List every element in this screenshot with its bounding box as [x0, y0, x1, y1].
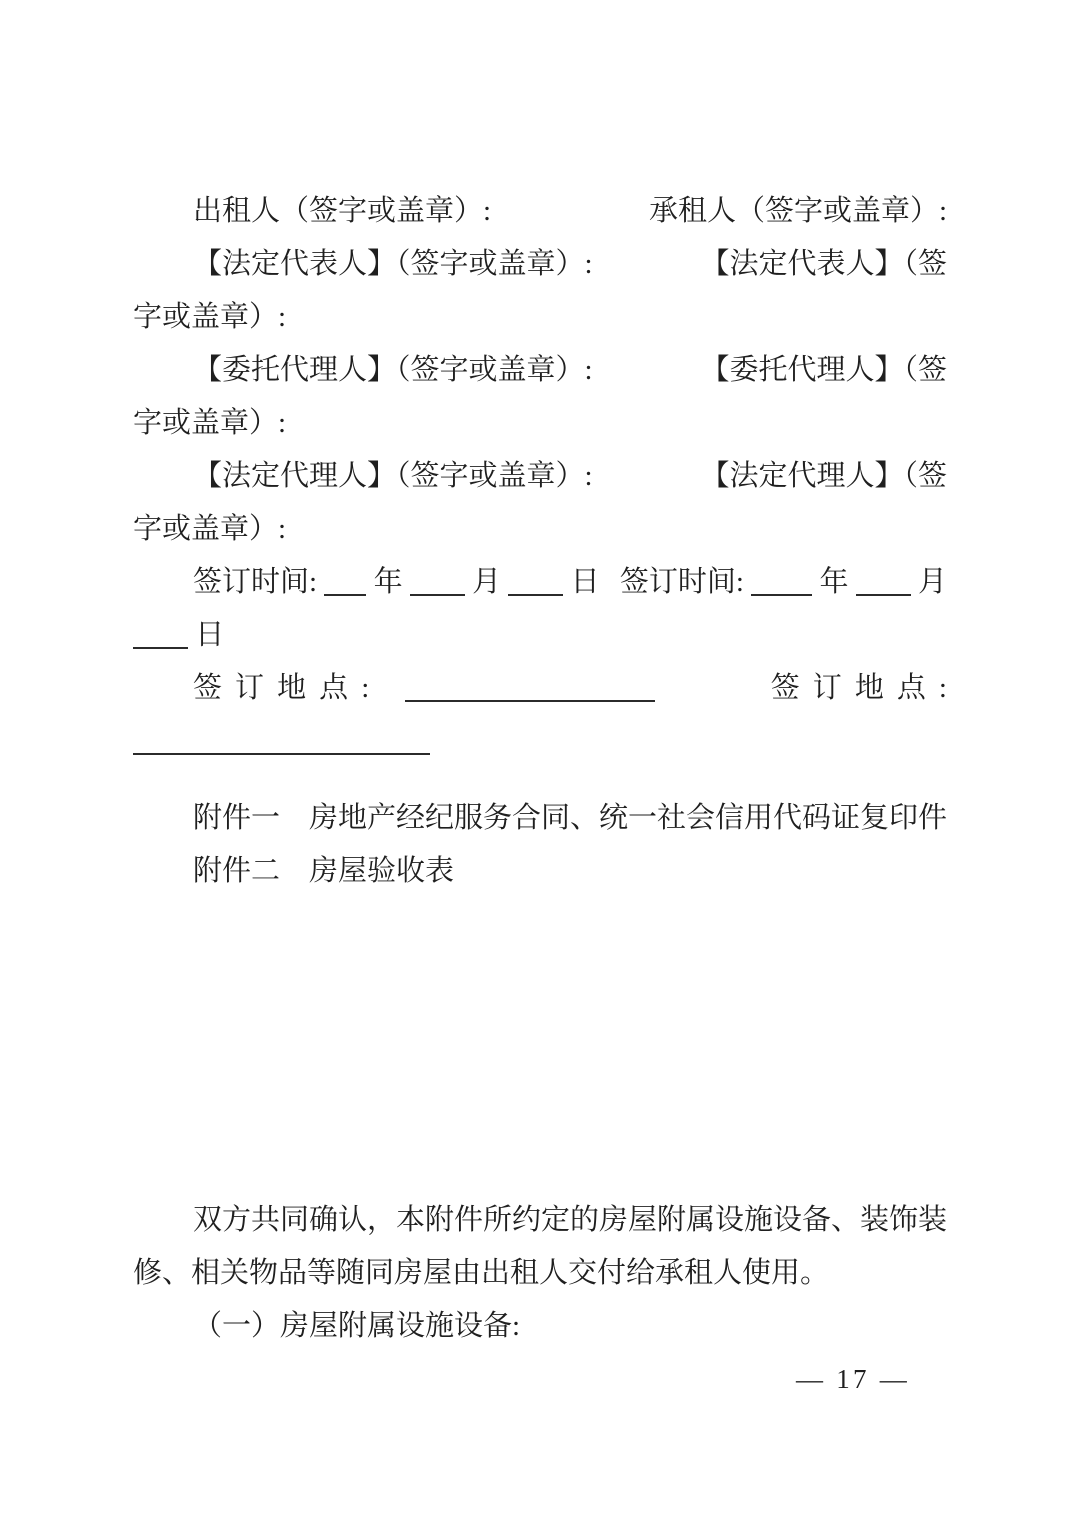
signature-row-legal-agent-wrap: 字或盖章）: [133, 503, 947, 556]
lessee-signature-label: 承租人（签字或盖章）: [649, 185, 947, 238]
facilities-section-heading: （一）房屋附属设施设备: [133, 1300, 947, 1353]
lessee-signing-place-label: 签订地点: [771, 662, 960, 715]
lessor-signing-place-group: 签订地点: [193, 662, 655, 715]
lessor-day-blank [508, 594, 563, 596]
lessor-year-blank [324, 594, 366, 596]
year-label: 年 [374, 566, 403, 598]
lessor-legal-representative-label: 【法定代表人】（签字或盖章）: [193, 238, 593, 291]
confirmation-text-line1: 双方共同确认，本附件所约定的房屋附属设施设备、装饰装 [193, 1204, 947, 1236]
confirmation-paragraph-line2: 修、相关物品等随同房屋由出租人交付给承租人使用。 [133, 1247, 947, 1300]
signature-row-legal-representative-wrap: 字或盖章）: [133, 291, 947, 344]
lessee-signing-place-blank [133, 753, 430, 755]
lessee-day-blank [133, 647, 188, 649]
year-label: 年 [819, 566, 848, 598]
attachment-two-line: 附件二 房屋验收表 [133, 845, 947, 898]
signing-place-wrap-row [133, 715, 947, 768]
lessee-year-blank [751, 594, 812, 596]
day-label: 日 [195, 619, 224, 651]
lessor-legal-agent-label: 【法定代理人】（签字或盖章）: [193, 450, 593, 503]
lessor-month-blank [410, 594, 465, 596]
lessee-signing-time-group: 签订时间: 年 月 [620, 556, 947, 609]
month-label: 月 [918, 566, 947, 598]
attachment-one-text: 附件一 房地产经纪服务合同、统一社会信用代码证复印件 [193, 802, 947, 834]
lessor-entrusted-agent-label: 【委托代理人】（签字或盖章）: [193, 344, 593, 397]
facilities-heading-text: （一）房屋附属设施设备: [193, 1310, 520, 1342]
lessor-signing-time-label: 签订时间: [193, 566, 317, 598]
attachment-one-line: 附件一 房地产经纪服务合同、统一社会信用代码证复印件 [133, 792, 947, 845]
signature-row-parties: 出租人（签字或盖章）: 承租人（签字或盖章）: [133, 185, 947, 238]
lessee-month-blank [856, 594, 911, 596]
lessee-legal-representative-label-part: 【法定代表人】（签 [700, 238, 947, 291]
lessee-legal-representative-wrap-text: 字或盖章）: [133, 301, 286, 333]
lessee-legal-agent-label-part: 【法定代理人】（签 [700, 450, 947, 503]
signature-row-legal-representative: 【法定代表人】（签字或盖章）: 【法定代表人】（签 [133, 238, 947, 291]
lessee-signing-time-label: 签订时间: [620, 566, 744, 598]
signature-row-entrusted-agent-wrap: 字或盖章）: [133, 397, 947, 450]
page-number: — 17 — [796, 1364, 910, 1394]
lessee-legal-agent-wrap-text: 字或盖章）: [133, 513, 286, 545]
day-label: 日 [571, 566, 600, 598]
signature-row-legal-agent: 【法定代理人】（签字或盖章）: 【法定代理人】（签 [133, 450, 947, 503]
confirmation-text-line2: 修、相关物品等随同房屋由出租人交付给承租人使用。 [133, 1257, 829, 1289]
page-footer: — 17 — [133, 1353, 947, 1406]
signing-place-row: 签订地点: 签订地点: [133, 662, 947, 715]
lessor-signing-place-blank [405, 700, 655, 702]
month-label: 月 [472, 566, 501, 598]
lessee-entrusted-agent-wrap-text: 字或盖章）: [133, 407, 286, 439]
lessee-entrusted-agent-label-part: 【委托代理人】（签 [700, 344, 947, 397]
signing-time-row: 签订时间: 年 月 日 签订时间: 年 月 [133, 556, 947, 609]
lessor-signing-time-group: 签订时间: 年 月 日 [193, 556, 600, 609]
attachment-two-text: 附件二 房屋验收表 [193, 855, 454, 887]
signature-row-entrusted-agent: 【委托代理人】（签字或盖章）: 【委托代理人】（签 [133, 344, 947, 397]
signing-time-wrap-row: 日 [133, 609, 947, 662]
lessor-signing-place-label: 签订地点: [193, 672, 382, 704]
lessor-signature-label: 出租人（签字或盖章）: [193, 185, 491, 238]
confirmation-paragraph-line1: 双方共同确认，本附件所约定的房屋附属设施设备、装饰装 [133, 1194, 947, 1247]
contract-page: 出租人（签字或盖章）: 承租人（签字或盖章）: 【法定代表人】（签字或盖章）: … [0, 0, 1080, 1528]
